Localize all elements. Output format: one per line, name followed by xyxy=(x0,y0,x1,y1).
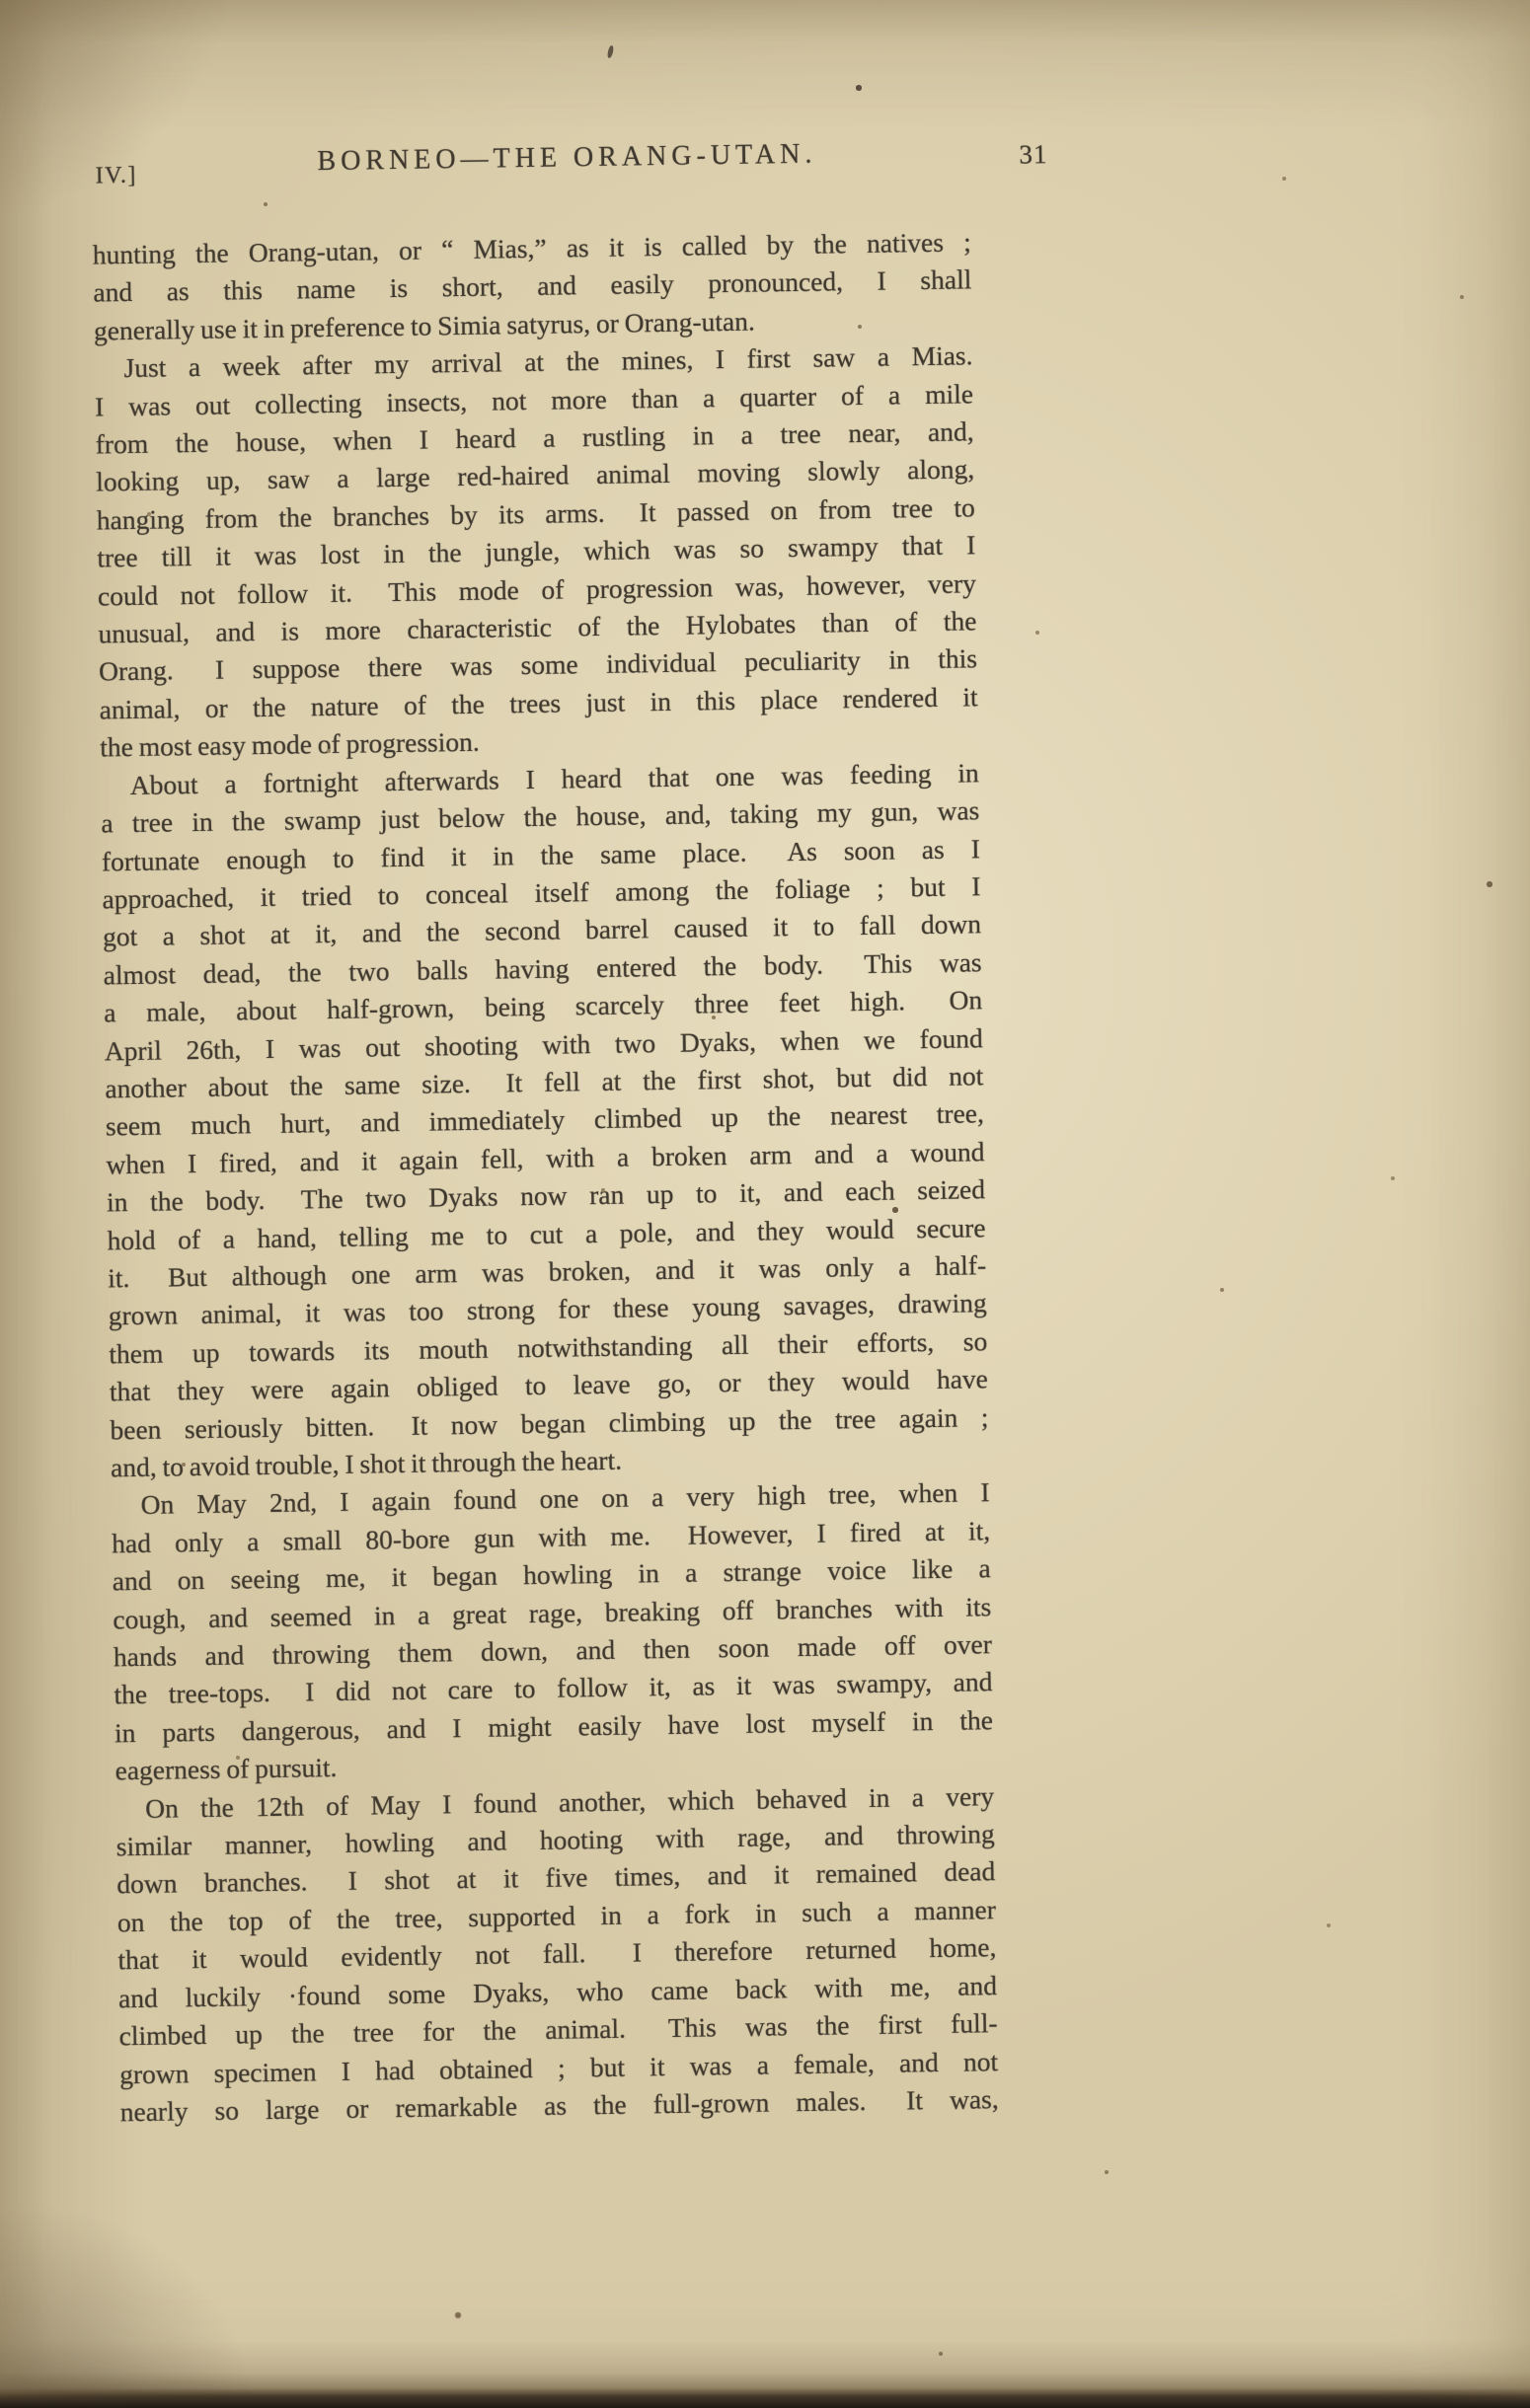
paragraph: On the 12th of May I found another, whic… xyxy=(115,1777,999,2132)
chapter-marker: IV.] xyxy=(95,163,137,190)
paragraph: hunting the Orang-utan, or “ Mias,” as i… xyxy=(93,223,973,349)
text-block: hunting the Orang-utan, or “ Mias,” as i… xyxy=(93,223,999,2131)
page-number: 31 xyxy=(1019,139,1047,170)
paragraph: About a fortnight afterwards I heard tha… xyxy=(101,754,990,1487)
paragraph: Just a week after my arrival at the mine… xyxy=(94,338,978,768)
paragraph: On May 2nd, I again found one on a very … xyxy=(111,1474,993,1790)
book-page-scan: IV.] BORNEO—THE ORANG-UTAN. 31 hunting t… xyxy=(0,0,1530,2408)
page-content: IV.] BORNEO—THE ORANG-UTAN. 31 hunting t… xyxy=(0,0,1530,2408)
running-title: BORNEO—THE ORANG-UTAN. xyxy=(132,136,1001,181)
